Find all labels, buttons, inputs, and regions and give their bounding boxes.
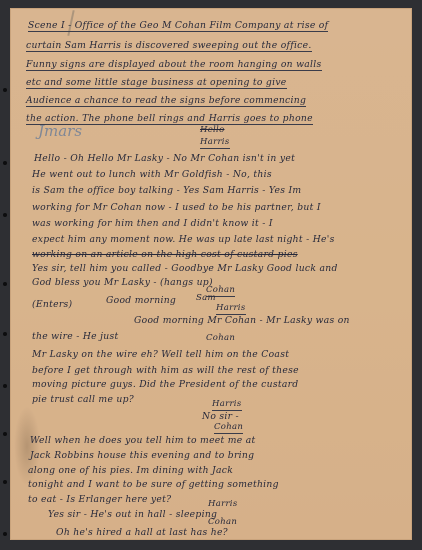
dialogue-line: before I get through with him as will th… (32, 366, 299, 375)
dialogue-line: Yes sir - He's out in hall - sleeping (48, 510, 217, 519)
stage-direction-line: Scene I - Office of the Geo M Cohan Film… (28, 21, 328, 32)
dialogue-line: to eat - Is Erlanger here yet? (28, 495, 171, 504)
struck-dialogue-line: working on an article on the high cost o… (32, 250, 298, 259)
speaker-name: Cohan (214, 423, 243, 434)
speaker-name: Sam (196, 294, 216, 303)
dialogue-line: expect him any moment now. He was up lat… (32, 235, 335, 244)
dialogue-line: working for Mr Cohan now - I used to be … (32, 203, 321, 212)
stage-direction-line: Audience a chance to read the signs befo… (26, 96, 306, 107)
stage-direction: (Enters) (32, 300, 72, 309)
hole (3, 480, 7, 484)
speaker-name: Harris (212, 400, 242, 411)
speaker-name: Cohan (206, 334, 235, 343)
speaker-name: Harris (216, 304, 246, 315)
hole (3, 213, 7, 217)
pencil-annotation: Jmars (38, 122, 82, 140)
binder-holes (3, 0, 9, 550)
dialogue-line: No sir - (202, 412, 239, 421)
stage-direction-line: Funny signs are displayed about the room… (26, 60, 322, 71)
dialogue-line: Oh he's hired a hall at last has he? (56, 528, 228, 537)
dialogue-line: He went out to lunch with Mr Goldfish - … (32, 170, 272, 179)
hole (3, 384, 7, 388)
dialogue-line: God bless you Mr Lasky - (hangs up) (32, 278, 213, 287)
dialogue-line: Hello - Oh Hello Mr Lasky - No Mr Cohan … (34, 154, 295, 163)
hole (3, 332, 7, 336)
speaker-name: Cohan (208, 518, 237, 527)
dialogue-line: Good morning Mr Cohan - Mr Lasky was on (134, 316, 350, 325)
dialogue-line: Well when he does you tell him to meet m… (30, 436, 256, 445)
dialogue-line: Good morning (106, 296, 176, 305)
stage-direction-line: curtain Sam Harris is discovered sweepin… (26, 41, 312, 52)
hole (3, 161, 7, 165)
dialogue-line: tonight and I want to be sure of getting… (28, 480, 279, 489)
dialogue-line: the wire - He just (32, 332, 119, 341)
dialogue-line: Jack Robbins house this evening and to b… (30, 451, 254, 460)
dialogue-line: Yes sir, tell him you called - Goodbye M… (32, 264, 338, 273)
dialogue-line: pie trust call me up? (32, 395, 134, 404)
manuscript-page: Scene I - Office of the Geo M Cohan Film… (10, 8, 412, 540)
dialogue-line: Mr Lasky on the wire eh? Well tell him o… (32, 350, 289, 359)
dialogue-line: moving picture guys. Did the President o… (32, 380, 298, 389)
hole (3, 432, 7, 436)
stage-direction-line: etc and some little stage business at op… (26, 78, 287, 89)
hole (3, 88, 7, 92)
dialogue-line: is Sam the office boy talking - Yes Sam … (32, 186, 301, 195)
hole (3, 532, 7, 536)
dialogue-line: was working for him then and I didn't kn… (32, 219, 273, 228)
struck-word: Hello (200, 126, 225, 135)
speaker-name: Harris (208, 500, 238, 509)
hole (3, 282, 7, 286)
dialogue-line: along one of his pies. Im dining with Ja… (28, 466, 233, 475)
speaker-name: Harris (200, 138, 230, 149)
